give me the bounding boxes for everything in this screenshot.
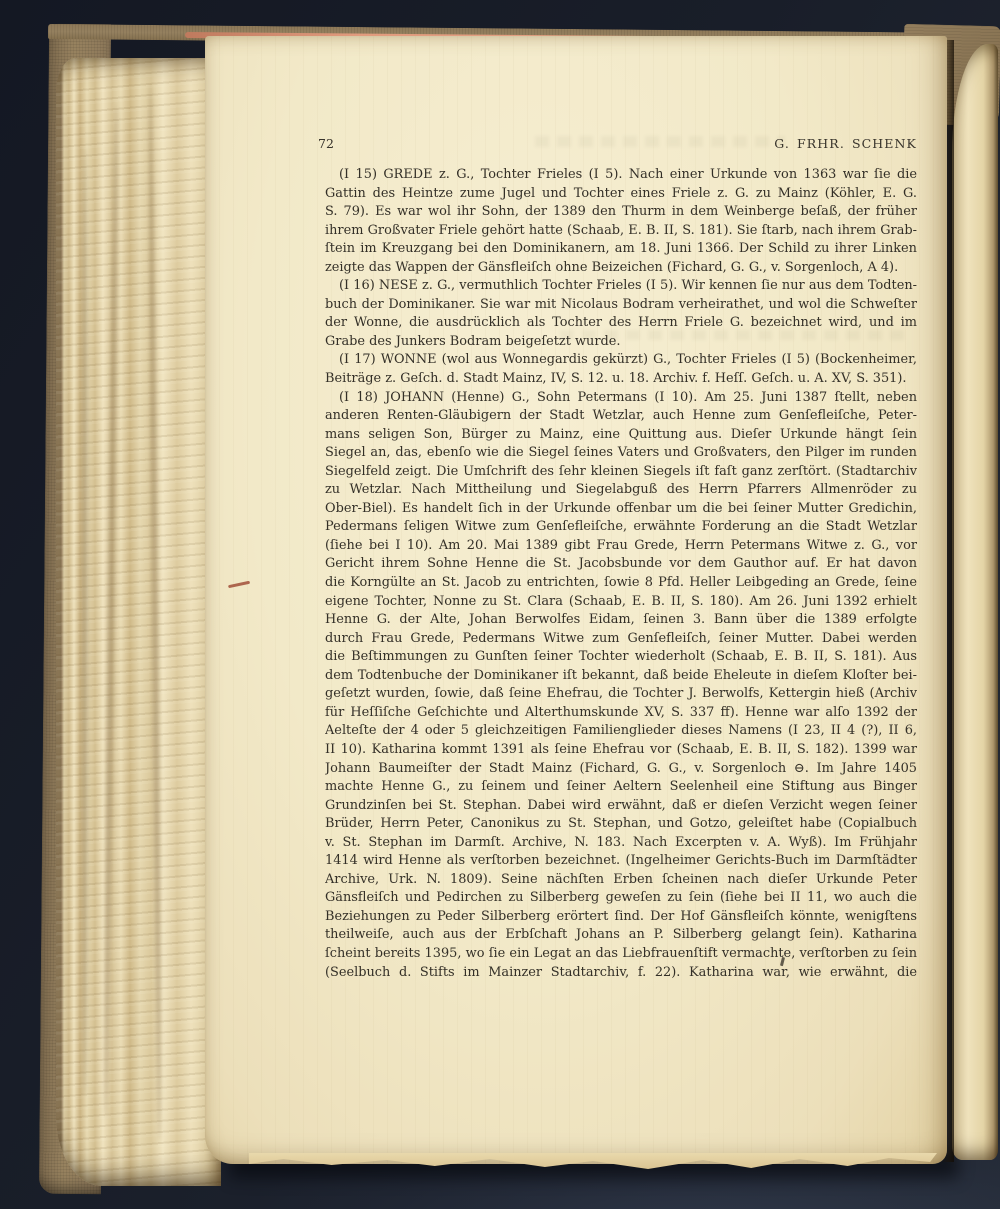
text-line: S. 79). Es war wol ihr Sohn, der 1389 de… bbox=[325, 203, 917, 222]
text-line: dem Todtenbuche der Dominikaner iſt beka… bbox=[325, 667, 917, 686]
body-text: (I 15) GREDE z. G., Tochter Frieles (I 5… bbox=[325, 166, 917, 982]
text-line: II 10). Katharina kommt 1391 als ſeine E… bbox=[325, 741, 917, 760]
text-line: (Seelbuch d. Stifts im Mainzer Stadtarch… bbox=[325, 964, 917, 983]
text-line: Grundzinſen bei St. Stephan. Dabei wird … bbox=[325, 797, 917, 816]
text-line: (I 15) GREDE z. G., Tochter Frieles (I 5… bbox=[325, 166, 917, 185]
text-line: Ober-Biel). Es handelt ſich in der Urkun… bbox=[325, 500, 917, 519]
text-line: die Beſtimmungen zu Gunſten ſeiner Tocht… bbox=[325, 648, 917, 667]
text-line: Henne G. der Alte, Johan Berwolfes Eidam… bbox=[325, 611, 917, 630]
text-line: Beiträge z. Geſch. d. Stadt Mainz, IV, S… bbox=[325, 370, 917, 389]
text-line: die Korngülte an St. Jacob zu entrichten… bbox=[325, 574, 917, 593]
text-line: Gänsfleiſch und Pedirchen zu Silberberg … bbox=[325, 889, 917, 908]
text-line: (ſiehe bei I 10). Am 20. Mai 1389 gibt F… bbox=[325, 537, 917, 556]
page-header: 72 G. FRHR. SCHENK bbox=[318, 136, 917, 151]
text-line: Brüder, Herrn Peter, Canonikus zu St. St… bbox=[325, 815, 917, 834]
text-line: durch Frau Grede, Pedermans Witwe zum Ge… bbox=[325, 630, 917, 649]
text-line: ſtein im Kreuzgang bei den Dominikanern,… bbox=[325, 240, 917, 259]
text-line: Archive, Urk. N. 1809). Seine nächſten E… bbox=[325, 871, 917, 890]
text-line: eigene Tochter, Nonne zu St. Clara (Scha… bbox=[325, 593, 917, 612]
text-line: (I 17) WONNE (wol aus Wonnegardis gekürz… bbox=[325, 351, 917, 370]
text-line: geſetzt wurden, ſowie, daß ſeine Ehefrau… bbox=[325, 685, 917, 704]
text-line: ſcheint bereits 1395, wo ſie ein Legat a… bbox=[325, 945, 917, 964]
page-edge-streak bbox=[103, 103, 120, 1118]
text-line: buch der Dominikaner. Sie war mit Nicola… bbox=[325, 296, 917, 315]
text-line: Siegel an, das, ebenſo wie die Siegel ſe… bbox=[325, 444, 917, 463]
text-line: theilweiſe, auch aus der Erbſchaft Johan… bbox=[325, 926, 917, 945]
margin-pencil-mark bbox=[228, 581, 250, 588]
text-line: Siegelfeld zeigt. Die Umſchrift des ſehr… bbox=[325, 463, 917, 482]
text-line: anderen Renten-Gläubigern der Stadt Wetz… bbox=[325, 407, 917, 426]
text-line: 1414 wird Henne als verſtorben bezeichne… bbox=[325, 852, 917, 871]
text-line: Aelteſte der 4 oder 5 gleichzeitigen Fam… bbox=[325, 722, 917, 741]
text-line: Beziehungen zu Peder Silberberg erörtert… bbox=[325, 908, 917, 927]
text-line: machte Henne G., zu ſeinem und ſeiner Ae… bbox=[325, 778, 917, 797]
text-line: zeigte das Wappen der Gänsfleiſch ohne B… bbox=[325, 259, 917, 278]
text-line: v. St. Stephan im Darmſt. Archive, N. 18… bbox=[325, 834, 917, 853]
text-line: (I 18) JOHANN (Henne) G., Sohn Petermans… bbox=[325, 389, 917, 408]
text-line: der Wonne, die ausdrücklich als Tochter … bbox=[325, 314, 917, 333]
text-line: (I 16) NESE z. G., vermuthlich Tochter F… bbox=[325, 277, 917, 296]
text-line: Gattin des Heintze zume Jugel und Tochte… bbox=[325, 185, 917, 204]
text-line: Gericht ihrem Sohne Henne die St. Jacobs… bbox=[325, 555, 917, 574]
facing-page-edge bbox=[952, 44, 998, 1160]
text-line: mans seligen Son, Bürger zu Mainz, eine … bbox=[325, 426, 917, 445]
text-line: Pedermans ſeligen Witwe zum Genſefleiſch… bbox=[325, 518, 917, 537]
book-page: 72 G. FRHR. SCHENK (I 15) GREDE z. G., T… bbox=[205, 36, 947, 1164]
page-edge-streak bbox=[82, 148, 88, 1096]
text-line: ihrem Großvater Friele gehört hatte (Sch… bbox=[325, 222, 917, 241]
text-line: Grabe des Junkers Bodram beigeſetzt wurd… bbox=[325, 333, 917, 352]
text-line: zu Wetzlar. Nach Mittheilung und Siegela… bbox=[325, 481, 917, 500]
text-line: für Heſſiſche Geſchichte und Alterthumsk… bbox=[325, 704, 917, 723]
page-number: 72 bbox=[318, 136, 334, 151]
page-edge-streak bbox=[147, 81, 162, 1141]
page-edges-stack bbox=[56, 58, 221, 1186]
text-line: Johann Baumeiſter der Stadt Mainz (Ficha… bbox=[325, 760, 917, 779]
running-header: G. FRHR. SCHENK bbox=[774, 136, 917, 151]
